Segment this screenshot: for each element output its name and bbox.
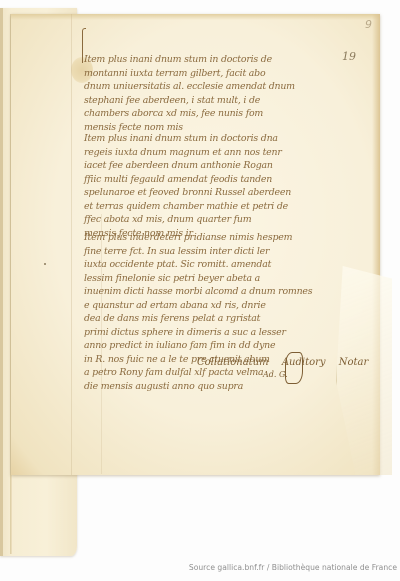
image-viewer: 9 19 Item plus inani dnum stum in doctor… [0,0,400,581]
folio-number: 19 [342,50,356,63]
text-line: ffec abota xd mis, dnum quarter fum [84,213,291,226]
text-line: primi dictus sphere in dimeris a suc a l… [84,326,312,339]
text-line: die mensis augusti anno quo supra [84,380,312,393]
entry-1: Item plus inani dnum stum in doctoris de… [84,53,295,134]
text-line: montanni iuxta terram gilbert, facit abo [84,67,295,80]
text-line: anno predict in iuliano fam fim in dd dy… [84,339,312,352]
folded-corner-patch [336,266,392,475]
preceding-leaf-edge [0,8,3,556]
entry-2: Item plus inani dnum stum in doctoris dn… [84,132,291,240]
text-line: ffiic multi fegauld amendat feodis tande… [84,173,291,186]
entry-3: Item plus inderdeteri pridianse nimis he… [84,231,312,393]
notarial-paraph [285,352,303,384]
text-line: iuxta occidente ptat. Sic romitt. amenda… [84,258,312,271]
text-line: fine terre fct. In sua lessim inter dict… [84,245,312,258]
folio-top-edge-stain [11,14,380,20]
margin-mark [44,263,46,265]
text-line: stephani fee aberdeen, i stat mult, i de [84,94,295,107]
margin-ruling [71,14,72,475]
text-line: dea de dans mis ferens pelat a rgristat [84,312,312,325]
text-line: et terras quidem chamber mathie et petri… [84,200,291,213]
signature-collation: Collationatum [197,357,269,368]
text-line: regeis iuxta dnum magnum et ann nos tenr [84,146,291,159]
text-line: inuenim dicti hasse morbi alcomd a dnum … [84,285,312,298]
signature-notar: Notar [339,357,369,368]
text-line: chambers aborca xd mis, fee nunis fom [84,107,295,120]
text-line: dnum uniuersitatis al. ecclesie amendat … [84,80,295,93]
corner-mark: 9 [365,18,372,31]
text-line: spelunaroe et feoved bronni Russel aberd… [84,186,291,199]
text-line: e quanstur ad ertam abana xd ris, dnrie [84,299,312,312]
text-line: lessim finelonie sic petri beyer abeta a [84,272,312,285]
text-line: iacet fee aberdeen dnum anthonie Rogan [84,159,291,172]
text-line: Item plus inderdeteri pridianse nimis he… [84,231,312,244]
text-line: Item plus inani dnum stum in doctoris de [84,53,295,66]
signature-subscript: Ad. G. [263,370,288,379]
source-attribution: Source gallica.bnf.fr / Bibliothèque nat… [189,563,397,572]
text-line: Item plus inani dnum stum in doctoris dn… [84,132,291,145]
